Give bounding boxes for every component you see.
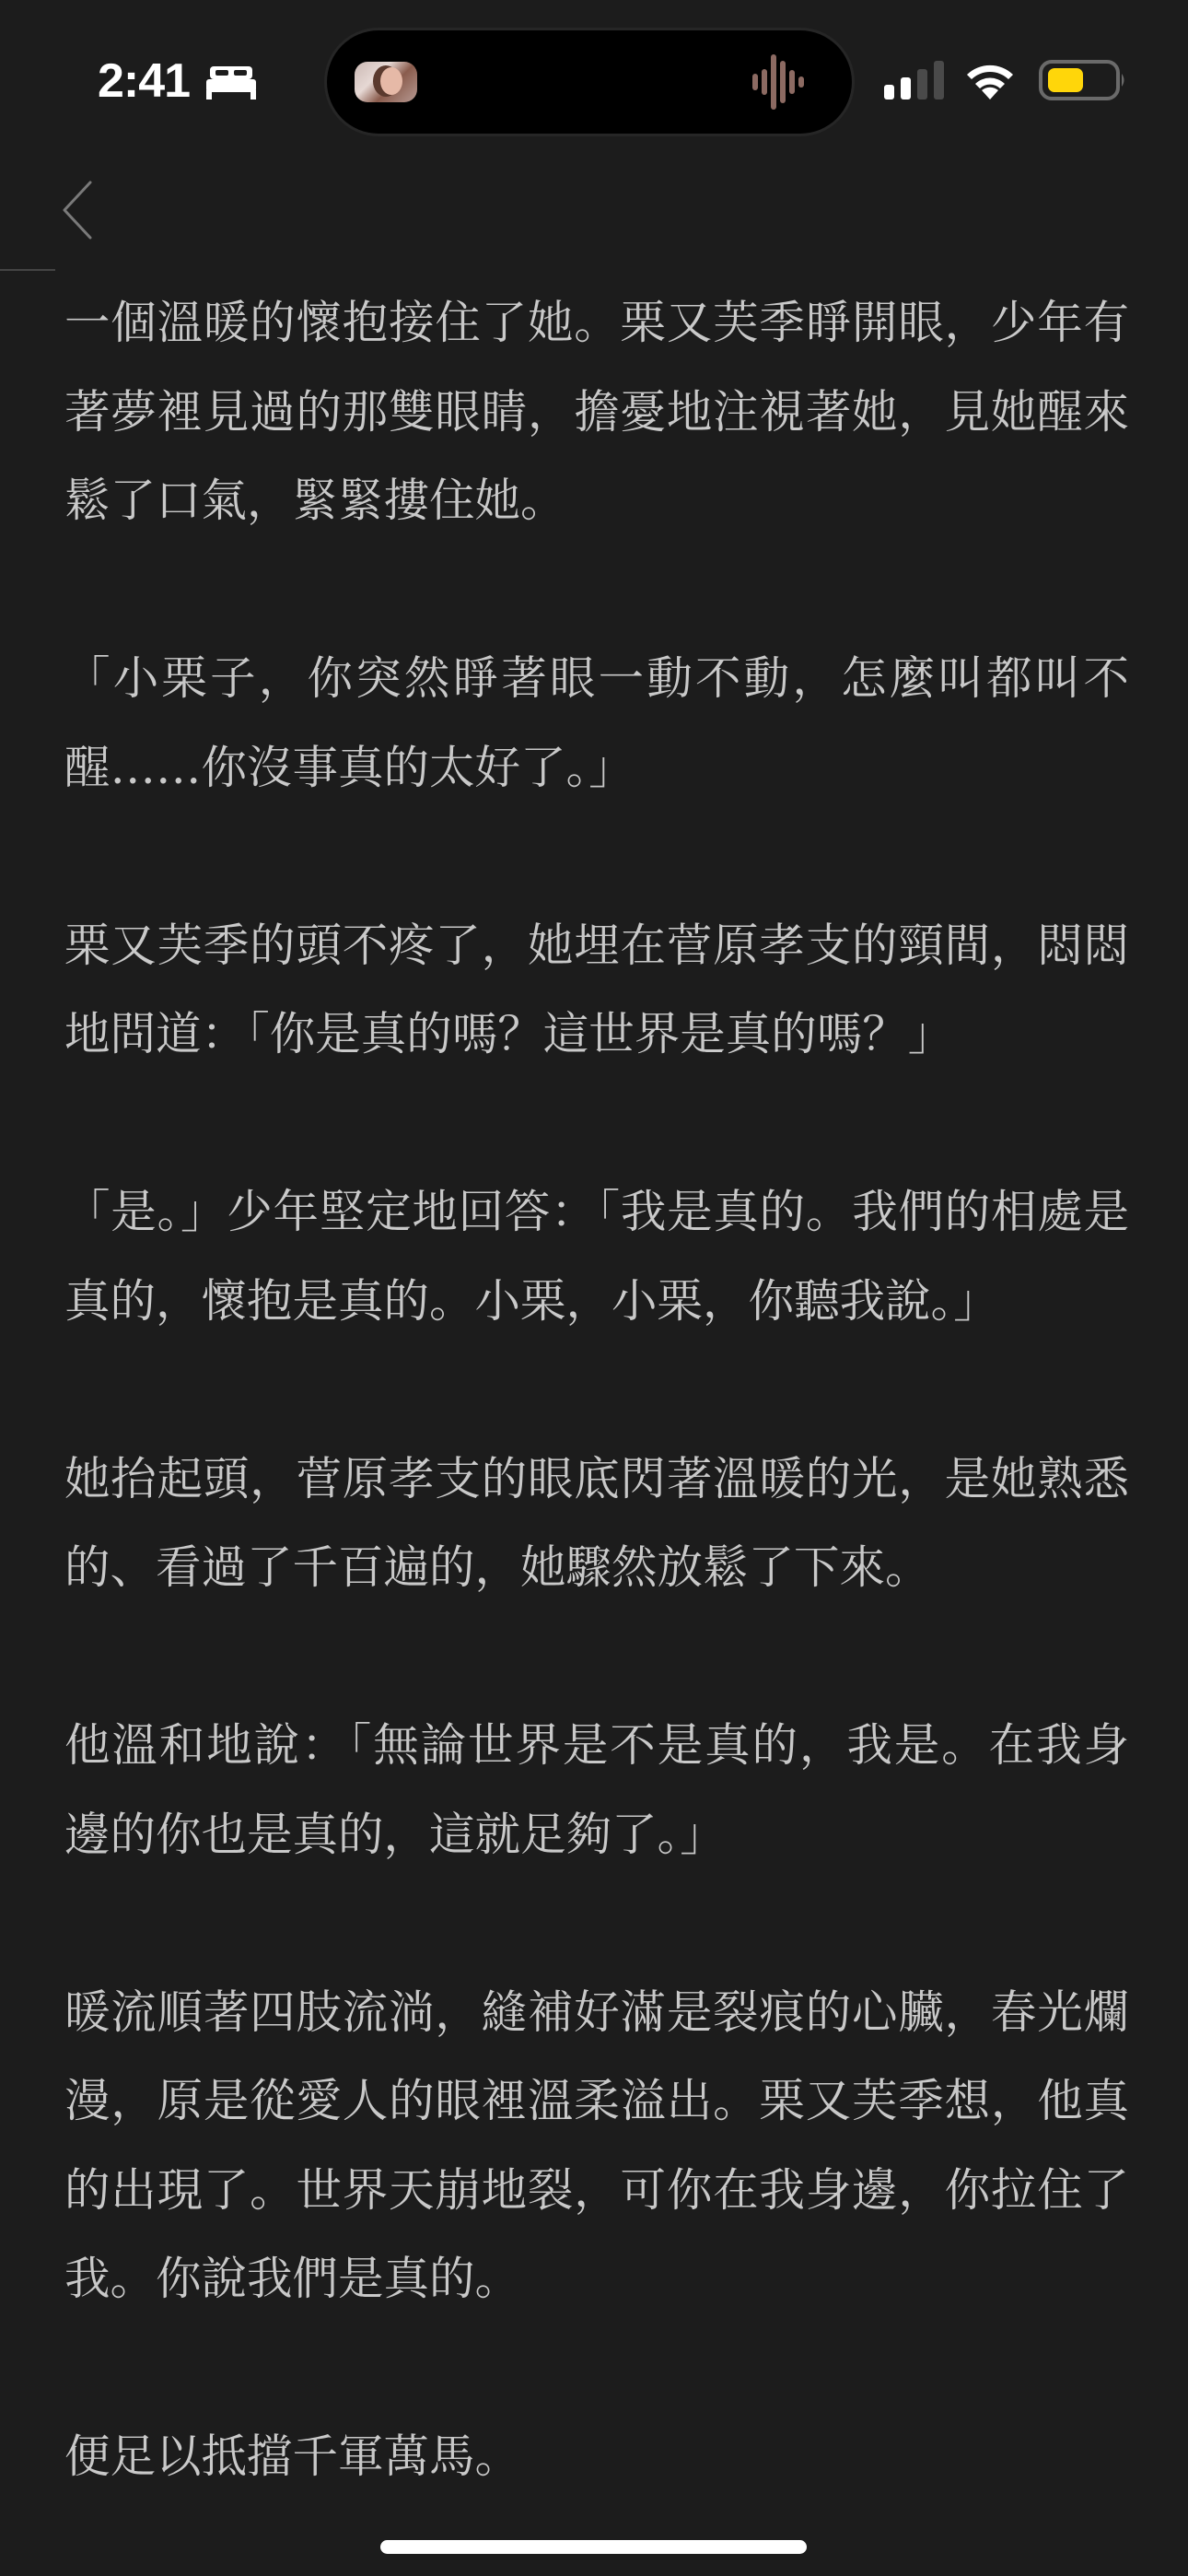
paragraph: 他溫和地說：「無論世界是不是真的，我是。在我身邊的你也是真的，這就足夠了。」 [64, 1701, 1129, 1879]
status-time: 2:41 [98, 52, 190, 111]
live-activity-avatar[interactable] [355, 62, 417, 102]
paragraph: 「是。」少年堅定地回答：「我是真的。我們的相處是真的，懷抱是真的。小栗，小栗，你… [64, 1167, 1129, 1345]
paragraph: 一個溫暖的懷抱接住了她。栗又芙季睜開眼，少年有著夢裡見過的那雙眼睛，擔憂地注視著… [64, 278, 1129, 545]
dynamic-island[interactable] [327, 30, 852, 134]
paragraph: 「小栗子，你突然睜著眼一動不動，怎麼叫都叫不醒……你沒事真的太好了。」 [64, 634, 1129, 812]
wifi-icon [963, 59, 1017, 100]
paragraph: 栗又芙季的頭不疼了，她埋在菅原孝支的頸間，悶悶地問道：「你是真的嗎？這世界是真的… [64, 901, 1129, 1079]
paragraph: 暖流順著四肢流淌，縫補好滿是裂痕的心臟，春光爛漫，原是從愛人的眼裡溫柔溢出。栗又… [64, 1968, 1129, 2324]
home-indicator[interactable] [380, 2540, 807, 2554]
bed-icon [206, 64, 256, 100]
paragraph: 她抬起頭，菅原孝支的眼底閃著溫暖的光，是她熟悉的、看過了千百遍的，她驟然放鬆了下… [64, 1434, 1129, 1612]
status-bar: 2:41 [0, 0, 1188, 147]
battery-icon [1039, 60, 1127, 100]
chapter-text: 一個溫暖的懷抱接住了她。栗又芙季睜開眼，少年有著夢裡見過的那雙眼睛，擔憂地注視著… [64, 278, 1129, 2501]
back-button[interactable] [57, 177, 103, 243]
paragraph: 便足以抵擋千軍萬馬。 [64, 2412, 1129, 2501]
header-divider [0, 269, 55, 271]
audio-waveform-icon [752, 54, 804, 110]
chevron-left-icon [64, 182, 90, 238]
cellular-signal-icon [884, 61, 945, 100]
